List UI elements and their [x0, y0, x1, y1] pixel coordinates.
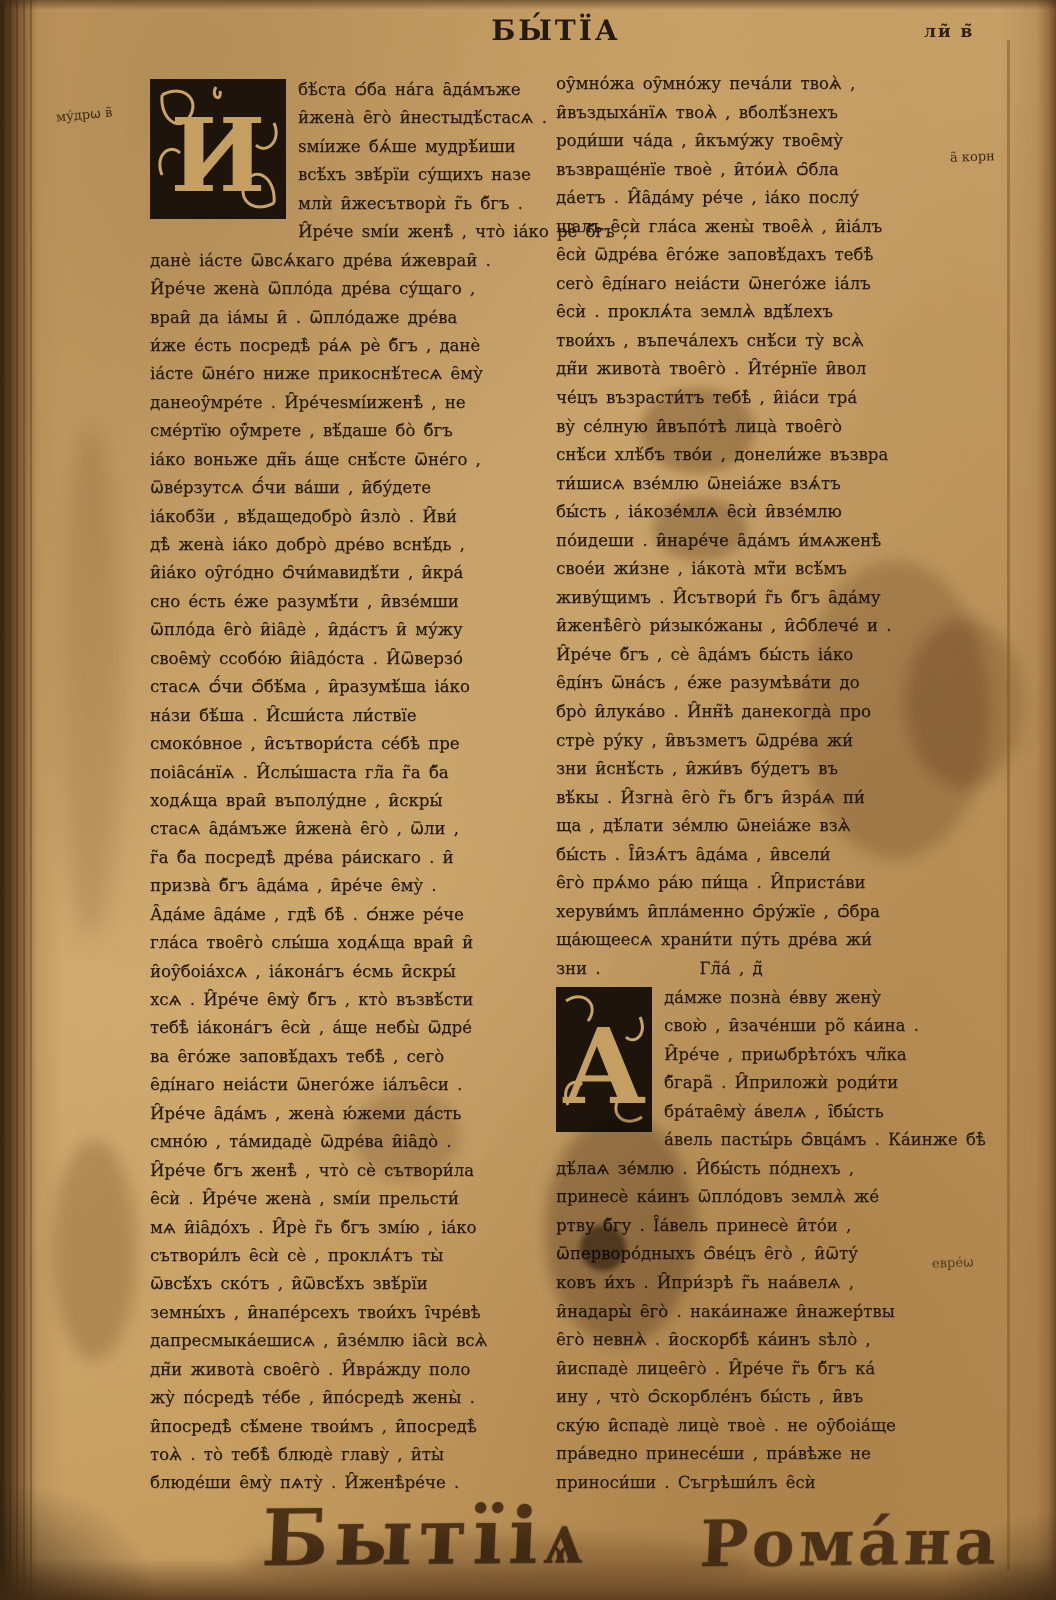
text-line: ѿвсѣ́хъ ско́тъ , и̑ѿвсѣ́хъ звѣ́рїи: [150, 1270, 554, 1298]
text-line: тоѧ̀ . то̀ тебѣ̀ блюдѐ главу̀ , и̑ты̀: [150, 1441, 554, 1469]
text-line: снѣ́си хлѣ́бъ тво́и , донели́же възвра: [556, 441, 962, 470]
text-line: свое̑му̀ ссобо́ю и̑іа̑до́ста . И̑ѿверзо́: [150, 645, 554, 673]
text-line: и̑оу̑боіа́хсѧ , іа́кона́гъ е́смь и̑скры́: [150, 958, 554, 986]
text-line: земны́хъ , и̑напе́рсехъ твои́хъ і̑чре́вѣ: [150, 1299, 554, 1327]
page-edge-line: [1007, 40, 1010, 1570]
text-line: и́же е́сть посредѣ̀ ра́ѧ рѐ б̃гъ , данѐ: [150, 332, 554, 360]
initial-letter: И: [170, 96, 265, 215]
paper-stain: [58, 420, 123, 940]
text-line: твои́хъ , въпеча́лехъ снѣ́си ту̀ всѧ̀: [556, 327, 962, 356]
text-line: іа́ко воньже дн̃ь а́ще снѣ́сте ѿне́го ,: [150, 446, 554, 474]
text-column-right: оу̑мно́жа оу̑мно́жу печа́ли твоѧ̀ ,и̑въз…: [556, 70, 962, 1497]
text-line: іа́сте ѿне́го ниже прикоснѣ́тесѧ е̑му̀: [150, 360, 554, 388]
text-line: смоко́вное , и̑сътвори́ста се́бѣ пре: [150, 730, 554, 758]
page-top-edge: [0, 0, 1056, 10]
text-line: зни и̑снѣ́сть , и̑жи́въ бу́детъ въ: [556, 755, 962, 784]
text-line: ртву б̃гу . І̑а́вель принесѐ и̑то́и ,: [556, 1212, 962, 1241]
text-line: г̃а б̃а посредѣ̀ дре́ва ра́искаго . и̑: [150, 844, 554, 872]
handwritten-inscription-word1: Бытїіѧ: [260, 1491, 592, 1585]
text-line: И̑ре́че а̑да́мъ , жена̀ ю́жеми да́сть: [150, 1100, 554, 1128]
text-line: бро̀ и̑лука́во . И̑нн̃ѣ данекогда̀ про: [556, 698, 962, 727]
page-right-edge: [998, 0, 1056, 1600]
text-line: е̑сѝ . проклѧ́та землѧ̀ вдѣ́лехъ: [556, 298, 962, 327]
text-line: е̑ді́нъ ѿна́съ , е́же разумѣва́ти до: [556, 669, 962, 698]
text-line: сътвори́лъ е̑сѝ сѐ , проклѧ́тъ ты̀: [150, 1242, 554, 1270]
text-line: ѿве́рзутсѧ ѻ̑́чи ва́ши , и̑бу́дете: [150, 474, 554, 502]
running-title: БЫ́ТЇА: [150, 14, 962, 47]
text-line: пра́ведно принесе́ши , пра́вѣже не: [556, 1440, 962, 1469]
binding-streaks: [2, 0, 32, 1600]
text-line: е̑сѝ ѿдре́ва е̑го́же заповѣ́дахъ тебѣ̀: [556, 241, 962, 270]
text-line: ва е̑го́же заповѣ́дахъ тебѣ̀ , сего̀: [150, 1043, 554, 1071]
text-line: данѐ іа́сте ѿвсѧ́каго дре́ва и́жевраи̑ .: [150, 247, 554, 275]
text-line: хсѧ . И̑ре́че е̑му̀ б̃гъ , кто̀ възвѣ́ст…: [150, 986, 554, 1014]
text-line: ковъ и́хъ . И̑при́зрѣ г̃ь наа́велѧ ,: [556, 1269, 962, 1298]
worn-corner-bottom-left: [0, 1480, 160, 1600]
text-line: И̑ре́че б̃гъ , сѐ а̑да́мъ бы́сть іа́ко: [556, 641, 962, 670]
text-line: е̑сѝ . И̑ре́че жена̀ , ѕмі́и прельсти́: [150, 1185, 554, 1213]
text-line: И̑ре́че б̃гъ женѣ̀ , что̀ сѐ сътвори́ла: [150, 1157, 554, 1185]
text-line: сме́ртїю оу̑́мрете , вѣ́даше бо̀ б̃гъ: [150, 417, 554, 445]
text-line: И̑ре́че ѕмі́и женѣ̀ , что̀ іа́ко рѐ б̃гъ…: [150, 218, 554, 246]
text-line: приноси́ши . Съгрѣши́лъ е̑сѝ: [556, 1469, 962, 1498]
text-line: ѿпло́да е̑го̀ и̑іа̑дѐ , и̑да́стъ и̑ му́ж…: [150, 616, 554, 644]
text-line: враи̑ да іа́мы и̑ . ѿпло́даже дре́ва: [150, 304, 554, 332]
text-line: и̑женѣ̀е̑го̀ ри́зыко́жаны , и̑ѻ̑блече́ и…: [556, 612, 962, 641]
text-line: стрѐ ру́ку , и̑възметъ ѿдре́ва жи́: [556, 727, 962, 756]
text-line: по́идеши . и̑наре́че а̑да́мъ и́мѧженѣ̀: [556, 527, 962, 556]
handwritten-inscription-word2: Рома́на: [698, 1505, 1002, 1583]
text-line: вѣ́кы . И̑згна̀ е̑го̀ г̃ь б̃гъ и̑зра́ѧ п…: [556, 784, 962, 813]
decorative-initial-А: А: [556, 987, 652, 1132]
text-line: И̑ре́че жена̀ ѿпло́да дре́ва су́щаго ,: [150, 275, 554, 303]
text-line: мѧ и̑іа̑до́хъ . И̑рѐ г̃ь б̃гъ змі́ю , іа…: [150, 1214, 554, 1242]
text-line: А̑да́ме а̑да́ме , гдѣ̀ бѣ̀ . ѻ́нже ре́че: [150, 901, 554, 929]
margin-note-left: му́дрѡ в̃: [55, 106, 113, 126]
text-line: жу̀ по́средѣ те́бе , и̑по́средѣ жены̀ .: [150, 1384, 554, 1412]
text-line: живу́щимъ . И̑сътвори́ г̃ь б̃гъ а̑да́му: [556, 584, 962, 613]
text-line: дѣ̀ жена̀ іа́ко добро̀ дре́во вснѣ́дь ,: [150, 531, 554, 559]
text-line: ща́ющеесѧ храни́ти пу́ть дре́ва жи́: [556, 926, 962, 955]
text-line: е̑ді́наго неіа́сти ѿнего́же іа́лъе̑си .: [150, 1071, 554, 1099]
text-line: ща , дѣ́лати зе́млю ѿнеіа́же взѧ̀: [556, 812, 962, 841]
text-line: и̑посредѣ̀ сѣ́мене твои́мъ , и̑посредѣ̀: [150, 1413, 554, 1441]
text-line: бы́сть . І̑и̑зѧ́тъ а̑да́ма , и̑всели́: [556, 841, 962, 870]
text-line: свое́и жи́зне , іа́кота̀ мт̃и всѣ́мъ: [556, 555, 962, 584]
text-line: и̑надары̀ е̑го̀ . нака́инаже и̑нажер́твы: [556, 1298, 962, 1327]
text-line: зни . Гл̃а́ , д̃: [556, 955, 962, 984]
text-line: дн̃и живота̀ свое̑го̀ . И̑вра́жду поло: [150, 1356, 554, 1384]
text-line: на́зи бѣ́ша . И̑сши́ста ли́ствїе: [150, 702, 554, 730]
text-line: оу̑мно́жа оу̑мно́жу печа́ли твоѧ̀ ,: [556, 70, 962, 99]
text-line: и̑въздыха́нїѧ твоѧ̀ , вболѣ́знехъ: [556, 99, 962, 128]
text-line: възвраще́нїе твоѐ , и̑то́иѧ̀ ѻ̑бла: [556, 156, 962, 185]
folio-number: ли̃ в̃: [924, 22, 974, 42]
text-line: да́етъ . И̑а̑да́му ре́че , іа́ко послу́: [556, 184, 962, 213]
text-line: призва̀ б̃гъ а̑да́ма , и̑ре́че е̑му̀ .: [150, 872, 554, 900]
text-line: сего̀ е̑ді́наго неіа́сти ѿнего́же іа́лъ: [556, 270, 962, 299]
text-line: и̑іа́ко оу̑го́дно ѻ̑чи́мавидѣ́ти , и̑кра…: [150, 559, 554, 587]
text-line: ву̀ се́лную и̑въпо́тѣ лица̀ твое̑го̀: [556, 413, 962, 442]
text-column-left: Ибѣ́ста ѻ́ба на́га а̑да́мъжеи̑жена̀ е̑го…: [150, 76, 554, 1498]
text-line: херуви́мъ и̑пла́менно ѻ̑ру́жїе , ѻ̑бра: [556, 898, 962, 927]
text-line: тебѣ̀ іа́кона́гъ е̑сѝ , а́ще небы̀ ѿдре́: [150, 1014, 554, 1042]
text-line: е̑го̀ невнѧ̀ . и̑оскорбѣ̀ ка́инъ ѕѣло̀ ,: [556, 1326, 962, 1355]
text-line: ходѧ́ща враи̑ въполу́дне , и̑скры́: [150, 787, 554, 815]
text-line: принесѐ ка́инъ ѿпло́довъ землѧ̀ же́: [556, 1183, 962, 1212]
text-line: дапресмыка́ешисѧ , и̑зе́млю іа̑сѝ всѧ̀: [150, 1327, 554, 1355]
text-line: ти́шисѧ взе́млю ѿнеіа́же взѧ́тъ: [556, 470, 962, 499]
text-line: стасѧ а̑да́мъже и̑жена̀ е̑го̀ , ѿли ,: [150, 815, 554, 843]
text-line: поіа̑са́нїѧ . И̑слы́шаста гл̃а г̃а б̃а: [150, 759, 554, 787]
text-line: сно е́сть е́же разумѣ́ти , и̑взе́мши: [150, 588, 554, 616]
paper-stain: [52, 1140, 137, 1360]
page-binding-edge: [0, 0, 64, 1600]
text-line: смно́ю , та́мидадѐ ѿдре́ва и̑іа̑до̀ .: [150, 1128, 554, 1156]
initial-letter: А: [562, 1005, 647, 1128]
text-line: данеоу̑мре́те . И̑ре́чеѕмі́иженѣ̀ , не: [150, 389, 554, 417]
text-line: іа́кобз̃и , вѣ́дащедобро̀ и̑зло̀ . И̑ви́: [150, 503, 554, 531]
text-line: шалъ е̑сѝ гла́са жены̀ твое̑ѧ̀ , и̑іа́лъ: [556, 213, 962, 242]
text-line: е̑го̀ прѧ́мо ра́ю пи́ща . И̑приста́ви: [556, 869, 962, 898]
text-line: гла́са твое̑го̀ слы́ша ходѧ́ща враи̑ и̑: [150, 929, 554, 957]
book-page: БЫ́ТЇА ли̃ в̃ му́дрѡ в̃ а̃ корн евре́ѡ И…: [0, 0, 1056, 1600]
text-line: и̑испадѐ лицее̑го̀ . И̑ре́че г̃ь б̃гъ ка…: [556, 1355, 962, 1384]
text-line: ину , что̀ ѻ̑скорбле́нъ бы́сть , и̑въ: [556, 1383, 962, 1412]
text-line: че́цъ възрасти́тъ тебѣ̀ , и̑іа́си тра́: [556, 384, 962, 413]
text-line: ѿперворо́дныхъ ѻ̑ве́цъ е̑го̀ , и̑ѿту́: [556, 1240, 962, 1269]
text-line: бы́сть , іа́козе́млѧ е̑сѝ и̑взе́млю: [556, 498, 962, 527]
text-line: дн̃и живота̀ твое̑го̀ . И̑те́рнїе и̑вол: [556, 355, 962, 384]
text-line: стасѧ ѻ̑́чи ѻ̑бѣ́ма , и̑разумѣ́ша іа́ко: [150, 673, 554, 701]
text-line: дѣ́лаѧ зе́млю . И̑бы́сть по́днехъ ,: [556, 1155, 962, 1184]
text-line: роди́ши ча́да , и̑къму́жу твое̑му̀: [556, 127, 962, 156]
text-line: ску́ю и̑спадѐ лицѐ твоѐ . не оу̑боіа́ще: [556, 1412, 962, 1441]
decorative-initial-И: И: [150, 79, 286, 219]
